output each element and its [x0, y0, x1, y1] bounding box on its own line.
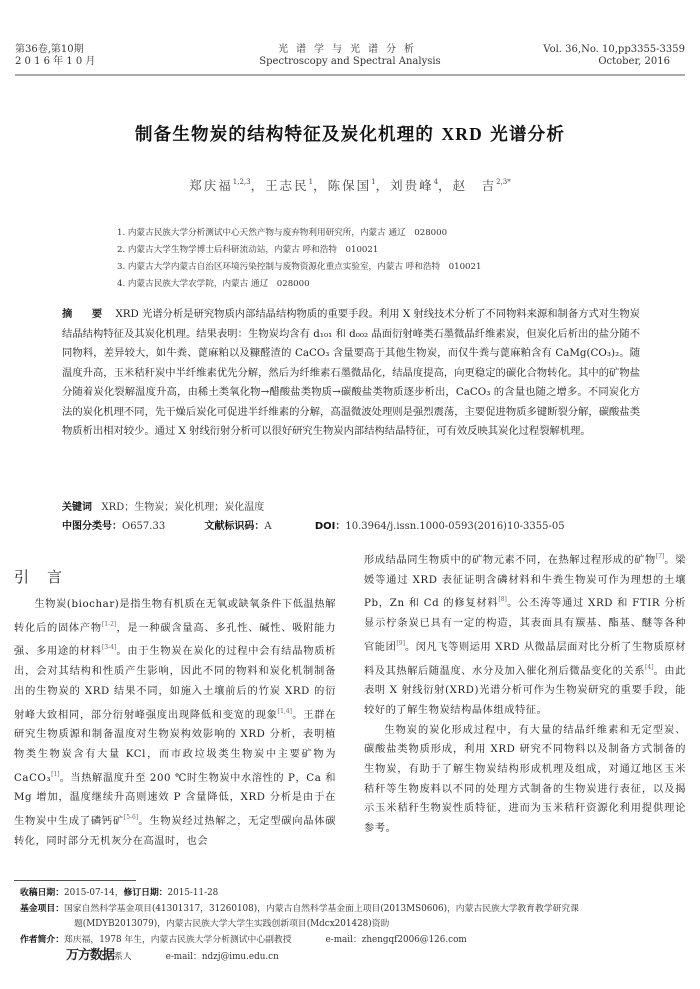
abstract-text: XRD 光谱分析是研究物质内部结晶结构物质的重要手段。利用 X 射线技术分析了不…	[62, 308, 640, 437]
affiliation-list: 1. 内蒙古民族大学分析测试中心天然产物与废弃物利用研究所，内蒙古 通辽 028…	[117, 225, 481, 293]
received-label: 收稿日期：	[20, 888, 64, 898]
citation[interactable]: [9]	[396, 640, 405, 647]
clc-value: O657.33	[122, 521, 165, 532]
fund-line-continued: 题(MDYB2013079)，内蒙古民族大学大学生实践创新项目(Mdcx2014…	[20, 917, 690, 933]
corresponding-author-line: 万方数据系人e-mail：ndzj@imu.edu.cn	[20, 948, 690, 966]
body-column-right: 形成结晶同生物质中的矿物元素不同，在热解过程形成的矿物[7]。梁媛等通过 XRD…	[364, 547, 686, 839]
doi-label: DOI：	[315, 521, 346, 532]
fund-text-1: 国家自然科学基金项目(41301317，31260108)，内蒙古自然科学基金面…	[64, 904, 579, 914]
author: 陈保国1	[328, 178, 376, 193]
header-rule	[15, 74, 685, 76]
abstract: 摘 要 XRD 光谱分析是研究物质内部结晶结构物质的重要手段。利用 X 射线技术…	[62, 305, 640, 442]
citation[interactable]: [5-6]	[124, 814, 138, 821]
keywords-value: XRD；生物炭；炭化机理；炭化温度	[102, 502, 265, 513]
abstract-label: 摘 要	[62, 308, 110, 320]
citation[interactable]: [3-4]	[102, 644, 116, 651]
author: 赵 吉2,3*	[453, 178, 511, 193]
citation[interactable]: [8]	[498, 596, 507, 603]
classification-row: 中图分类号：O657.33 文献标识码：A DOI：10.3964/j.issn…	[62, 517, 565, 532]
corresponding-email[interactable]: e-mail：ndzj@imu.edu.cn	[166, 952, 279, 962]
footnotes: 收稿日期：2015-07-14，修订日期：2015-11-28 基金项目：国家自…	[20, 886, 690, 966]
revised-date: 2015-11-28	[168, 888, 219, 898]
running-head: 第36卷,第10期 2 0 1 6 年 1 0 月 光谱学与光谱分析 Spect…	[15, 44, 685, 70]
footnote-rule	[14, 880, 136, 881]
author-bio-label: 作者简介：	[20, 935, 64, 945]
paper-title: 制备生物炭的结构特征及炭化机理的 XRD 光谱分析	[0, 121, 700, 146]
title-part-1: 制备生物炭的结构特征及炭化机理的	[135, 125, 442, 145]
author-list: 郑庆福1,2,3，王志民1，陈保国1，刘贵峰4，赵 吉2,3*	[0, 176, 700, 194]
dates-line: 收稿日期：2015-07-14，修订日期：2015-11-28	[20, 886, 690, 902]
affiliation: 4. 内蒙古民族大学农学院，内蒙古 通辽 028000	[117, 276, 481, 293]
author: 王志民1	[265, 178, 313, 193]
journal-pages-info: Vol. 36,No. 10,pp3355-3359 October, 2016	[543, 44, 685, 68]
affiliation: 2. 内蒙古大学生物学博士后科研流动站，内蒙古 呼和浩特 010021	[117, 242, 481, 259]
affiliation: 1. 内蒙古民族大学分析测试中心天然产物与废弃物利用研究所，内蒙古 通辽 028…	[117, 225, 481, 242]
title-part-2: 光谱分析	[483, 125, 565, 145]
paragraph: 生物炭的炭化形成过程中，有大量的结晶纤维素和无定型炭、碳酸盐类物质形成，利用 X…	[364, 721, 686, 839]
paragraph: 形成结晶同生物质中的矿物元素不同，在热解过程形成的矿物[7]。梁媛等通过 XRD…	[364, 547, 686, 721]
received-date: 2015-07-14	[64, 888, 115, 898]
author-bio-line: 作者简介：郑庆福，1978 年生，内蒙古民族大学分析测试中心副教授e-mail：…	[20, 933, 690, 949]
doc-code-value: A	[264, 521, 271, 532]
title-xrd: XRD	[441, 124, 483, 144]
fund-line: 基金项目：国家自然科学基金项目(41301317，31260108)，内蒙古自然…	[20, 902, 690, 918]
wanfang-watermark: 万方数据	[66, 948, 114, 963]
section-heading-introduction: 引言	[14, 566, 80, 587]
fund-label: 基金项目：	[20, 904, 64, 914]
citation[interactable]: [1-2]	[102, 621, 116, 628]
revised-label: 修订日期：	[124, 888, 168, 898]
citation[interactable]: [1,4]	[278, 708, 292, 715]
clc-label: 中图分类号：	[62, 521, 122, 532]
author: 刘贵峰4	[390, 178, 438, 193]
corresponding-label: 系人	[114, 952, 132, 962]
publication-date-en: October, 2016	[543, 56, 685, 68]
author-email[interactable]: e-mail：zhengqf2006@126.com	[326, 935, 467, 945]
keywords-label: 关键词	[62, 502, 92, 513]
paragraph: 生物炭(biochar)是指生物有机质在无氧或缺氧条件下低温热解转化后的固体产物…	[14, 595, 336, 851]
keywords: 关键词 XRD；生物炭；炭化机理；炭化温度	[62, 498, 264, 513]
volume-pages-en: Vol. 36,No. 10,pp3355-3359	[543, 44, 685, 56]
doc-code-label: 文献标识码：	[204, 521, 264, 532]
citation[interactable]: [4]	[645, 664, 654, 671]
author-bio: 郑庆福，1978 年生，内蒙古民族大学分析测试中心副教授	[64, 935, 292, 945]
doi-value[interactable]: 10.3964/j.issn.1000-0593(2016)10-3355-05	[345, 521, 564, 532]
body-column-left: 生物炭(biochar)是指生物有机质在无氧或缺氧条件下低温热解转化后的固体产物…	[14, 595, 336, 851]
author: 郑庆福1,2,3	[189, 178, 250, 193]
citation[interactable]: [1]	[51, 771, 60, 778]
affiliation: 3. 内蒙古大学内蒙古自治区环境污染控制与废物资源化重点实验室，内蒙古 呼和浩特…	[117, 259, 481, 276]
